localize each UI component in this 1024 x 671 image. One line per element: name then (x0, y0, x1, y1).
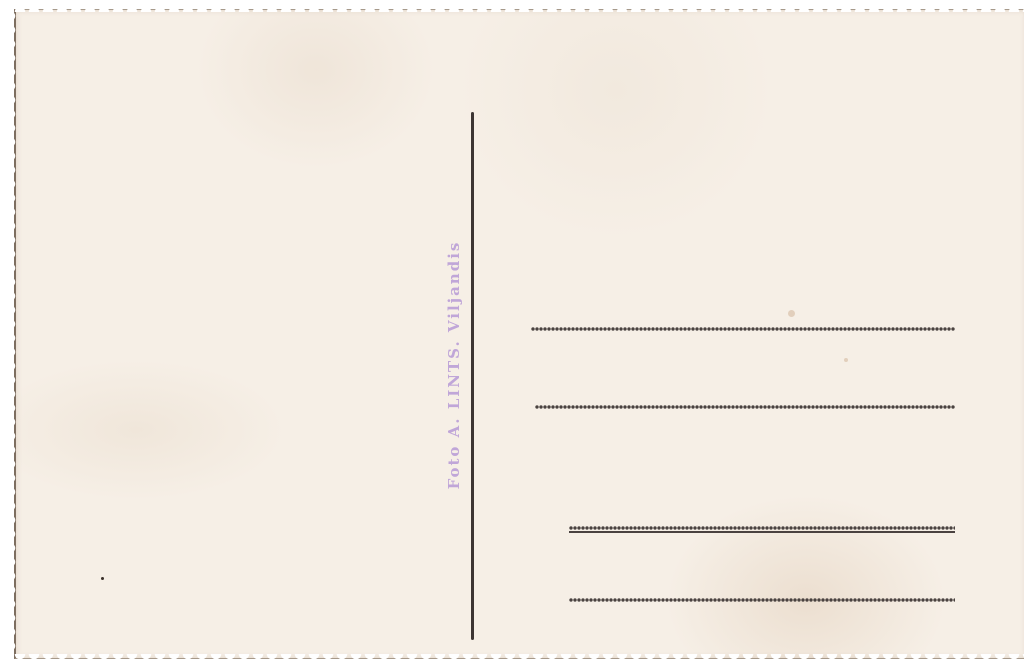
stain-spot (101, 577, 104, 580)
address-line-3 (569, 526, 955, 533)
address-line-2 (535, 405, 955, 409)
deckled-edge-top (14, 6, 1024, 12)
address-line-1 (531, 327, 955, 331)
address-line-4 (569, 598, 955, 602)
stain-spot (844, 358, 848, 362)
deckled-edge-left (11, 9, 16, 657)
postcard-back (14, 9, 1024, 659)
deckled-edge-bottom (14, 654, 1024, 660)
photographer-stamp: Foto A. LINTS. Viljandis (445, 241, 463, 490)
message-address-divider (471, 112, 474, 640)
stain-spot (788, 310, 795, 317)
